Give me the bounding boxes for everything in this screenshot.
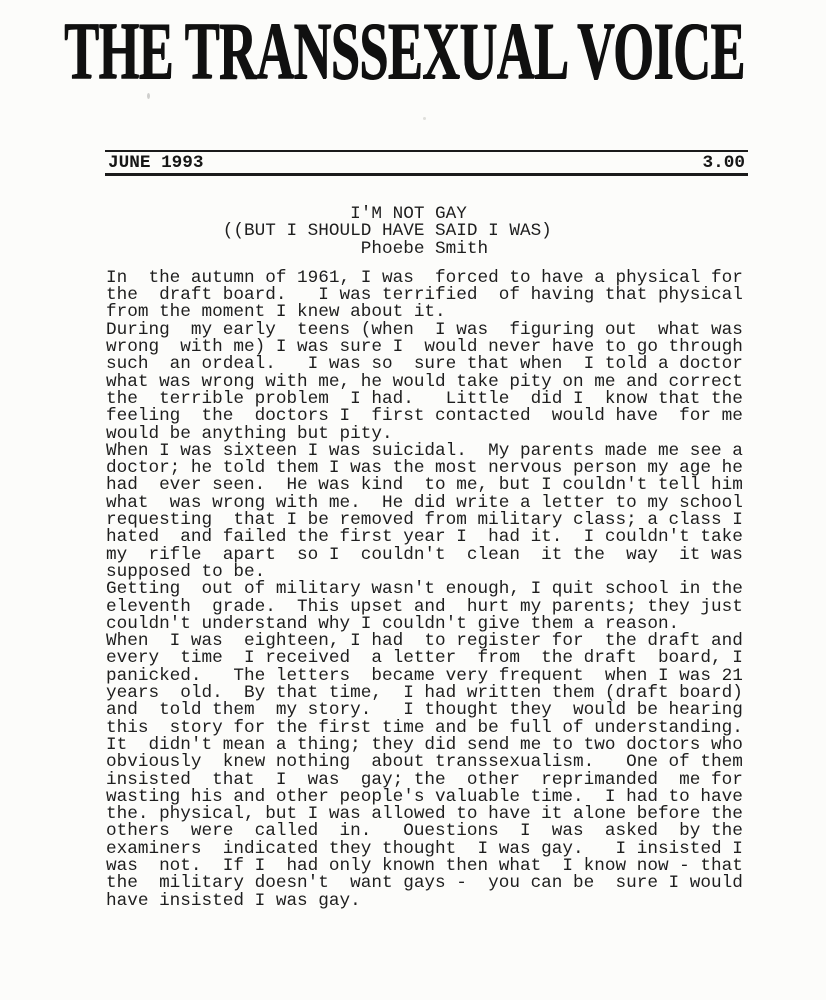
article-heading: I'M NOT GAY ((BUT I SHOULD HAVE SAID I W… xyxy=(106,206,756,258)
article: I'M NOT GAY ((BUT I SHOULD HAVE SAID I W… xyxy=(106,206,756,910)
masthead-title: THE TRANSSEXUAL VOICE xyxy=(64,4,745,98)
paragraph: When I was sixteen I was suicidal. My pa… xyxy=(106,443,756,581)
paragraph: When I was eighteen, I had to register f… xyxy=(106,633,756,910)
article-subtitle: ((BUT I SHOULD HAVE SAID I WAS) xyxy=(106,223,756,240)
issue-price: 3.00 xyxy=(703,153,745,173)
article-byline: Phoebe Smith xyxy=(106,241,756,258)
article-body: In the autumn of 1961, I was forced to h… xyxy=(106,270,756,910)
scan-speck xyxy=(147,93,150,99)
paragraph: Getting out of military wasn't enough, I… xyxy=(106,581,756,633)
dateline-bar: JUNE 1993 3.00 xyxy=(105,150,748,176)
scan-speck xyxy=(423,117,426,120)
paragraph: During my early teens (when I was figuri… xyxy=(106,322,756,443)
newsletter-page: THE TRANSSEXUAL VOICE JUNE 1993 3.00 I'M… xyxy=(0,0,826,1000)
issue-date: JUNE 1993 xyxy=(108,153,204,173)
paragraph: In the autumn of 1961, I was forced to h… xyxy=(106,270,756,322)
